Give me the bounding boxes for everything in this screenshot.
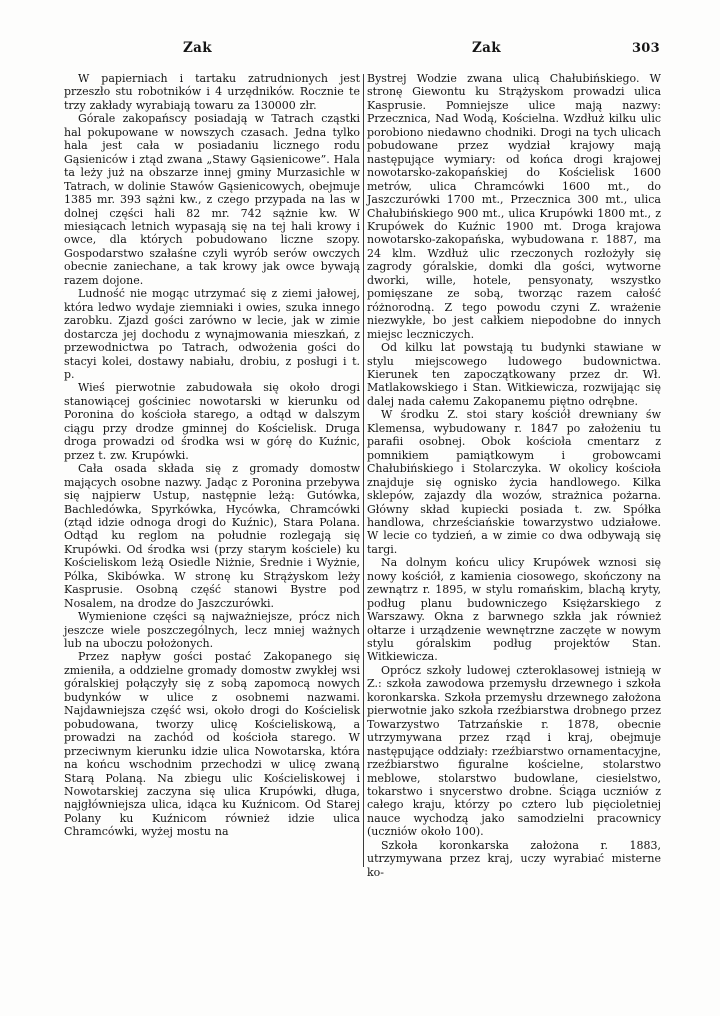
paragraph: Na dolnym końcu ulicy Krupówek wznosi si… xyxy=(367,556,661,664)
left-column: W papierniach i tartaku zatrudnionych je… xyxy=(64,72,360,879)
running-title-left: Zak xyxy=(183,40,212,56)
running-title-right: Zak xyxy=(472,40,501,56)
paragraph: Wymienione części są najważniejsze, próc… xyxy=(64,610,360,650)
paragraph: Cała osada składa się z gromady domostw … xyxy=(64,462,360,610)
text-columns: W papierniach i tartaku zatrudnionych je… xyxy=(64,72,662,879)
paragraph: Ludność nie mogąc utrzymać się z ziemi j… xyxy=(64,287,360,381)
paragraph: Szkoła koronkarska założona r. 1883, utr… xyxy=(367,839,661,879)
scanned-dictionary-page: Zak Zak 303 W papierniach i tartaku zatr… xyxy=(0,0,720,1016)
paragraph: Od kilku lat powstają tu budynki stawian… xyxy=(367,341,661,408)
paragraph: W środku Z. stoi stary kościół drewniany… xyxy=(367,408,661,556)
column-divider-rule xyxy=(363,74,364,867)
page-number: 303 xyxy=(632,41,660,56)
paragraph: Górale zakopańscy posiadają w Tatrach cz… xyxy=(64,112,360,287)
paragraph: Oprócz szkoły ludowej czteroklasowej ist… xyxy=(367,664,661,839)
paragraph: Przez napływ gości postać Zakopanego się… xyxy=(64,650,360,838)
page-header: Zak Zak 303 xyxy=(0,40,720,60)
paragraph: W papierniach i tartaku zatrudnionych je… xyxy=(64,72,360,112)
paragraph-continuation: Bystrej Wodzie zwana ulicą Chałubińskieg… xyxy=(367,72,661,341)
paragraph: Wieś pierwotnie zabudowała się około dro… xyxy=(64,381,360,462)
right-column: Bystrej Wodzie zwana ulicą Chałubińskieg… xyxy=(367,72,661,879)
